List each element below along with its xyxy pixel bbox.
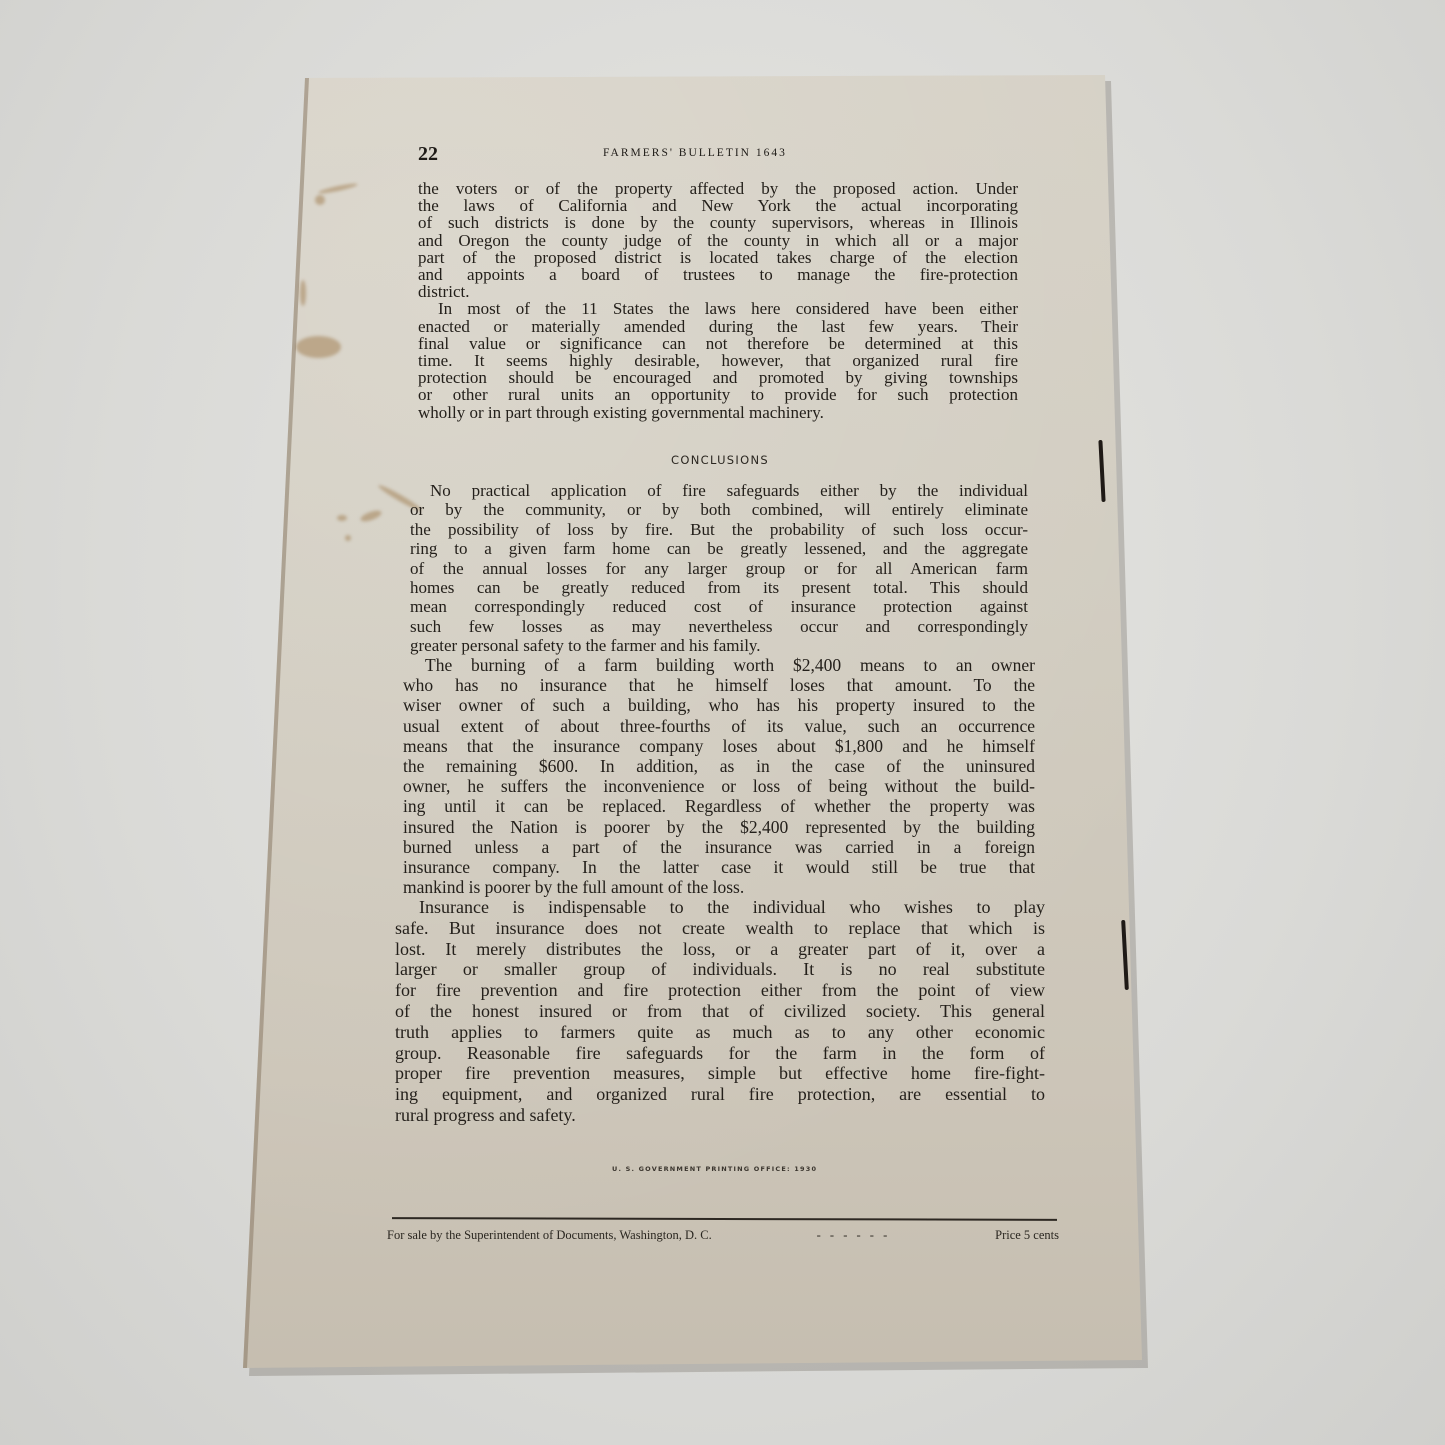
section-heading-conclusions: CONCLUSIONS	[640, 453, 800, 467]
conclusions-paragraph-3: Insurance is indispensable to the indivi…	[395, 897, 1045, 1126]
paragraph: In most of the 11 States the laws here c…	[418, 300, 1018, 420]
text-line: means that the insurance company loses a…	[403, 736, 1035, 756]
text-line: of the annual losses for any larger grou…	[410, 559, 1028, 578]
text-line: or other rural units an opportunity to p…	[418, 386, 1018, 403]
text-line: ring to a given farm home can be greatly…	[410, 539, 1028, 558]
text-line: owner, he suffers the inconvenience or l…	[403, 776, 1035, 796]
text-line: the remaining $600. In addition, as in t…	[403, 756, 1035, 776]
text-line: protection should be encouraged and prom…	[418, 369, 1018, 386]
text-line: mean correspondingly reduced cost of ins…	[410, 597, 1028, 616]
text-line: safe. But insurance does not create weal…	[395, 918, 1045, 939]
leader-dots: - - - - - -	[712, 1228, 995, 1243]
text-line: for fire prevention and fire protection …	[395, 980, 1045, 1001]
text-line: the voters or of the property affected b…	[418, 180, 1018, 197]
paragraph: The burning of a farm building worth $2,…	[403, 655, 1035, 897]
text-line: mankind is poorer by the full amount of …	[403, 877, 1035, 897]
text-line: such few losses as may nevertheless occu…	[410, 617, 1028, 636]
text-line: or by the community, or by both combined…	[410, 500, 1028, 519]
conclusions-paragraph-2: The burning of a farm building worth $2,…	[403, 655, 1035, 897]
text-line: homes can be greatly reduced from its pr…	[410, 578, 1028, 597]
text-line: wiser owner of such a building, who has …	[403, 695, 1035, 715]
text-line: Insurance is indispensable to the indivi…	[395, 897, 1045, 918]
text-line: who has no insurance that he himself los…	[403, 675, 1035, 695]
text-line: ing equipment, and organized rural fire …	[395, 1084, 1045, 1105]
text-line: wholly or in part through existing gover…	[418, 404, 1018, 421]
text-line: time. It seems highly desirable, however…	[418, 352, 1018, 369]
page-number: 22	[418, 143, 438, 166]
text-line: The burning of a farm building worth $2,…	[403, 655, 1035, 675]
text-line: In most of the 11 States the laws here c…	[418, 300, 1018, 317]
text-line: proper fire prevention measures, simple …	[395, 1063, 1045, 1084]
text-line: and appoints a board of trustees to mana…	[418, 266, 1018, 283]
paragraph: No practical application of fire safegua…	[410, 481, 1028, 656]
text-line: district.	[418, 283, 1018, 300]
text-line: group. Reasonable fire safeguards for th…	[395, 1043, 1045, 1064]
conclusions-paragraph-1: No practical application of fire safegua…	[410, 481, 1028, 656]
page-content: 22 FARMERS' BULLETIN 1643 the voters or …	[0, 0, 1445, 1445]
text-line: No practical application of fire safegua…	[410, 481, 1028, 500]
paragraph: Insurance is indispensable to the indivi…	[395, 897, 1045, 1126]
text-line: final value or significance can not ther…	[418, 335, 1018, 352]
text-line: insurance company. In the latter case it…	[403, 857, 1035, 877]
intro-section: the voters or of the property affected b…	[418, 180, 1018, 421]
footer-rule	[392, 1217, 1057, 1221]
running-head: FARMERS' BULLETIN 1643	[603, 147, 787, 159]
text-line: and Oregon the county judge of the count…	[418, 232, 1018, 249]
printer-imprint: U. S. GOVERNMENT PRINTING OFFICE: 1930	[612, 1165, 817, 1173]
text-line: of such districts is done by the county …	[418, 214, 1018, 231]
text-line: usual extent of about three-fourths of i…	[403, 716, 1035, 736]
text-line: larger or smaller group of individuals. …	[395, 959, 1045, 980]
text-line: rural progress and safety.	[395, 1105, 1045, 1126]
text-line: part of the proposed district is located…	[418, 249, 1018, 266]
text-line: the laws of California and New York the …	[418, 197, 1018, 214]
sale-notice: For sale by the Superintendent of Docume…	[387, 1228, 1059, 1243]
text-line: greater personal safety to the farmer an…	[410, 636, 1028, 655]
text-line: burned unless a part of the insurance wa…	[403, 837, 1035, 857]
text-line: ing until it can be replaced. Regardless…	[403, 796, 1035, 816]
text-line: lost. It merely distributes the loss, or…	[395, 939, 1045, 960]
paragraph: the voters or of the property affected b…	[418, 180, 1018, 300]
text-line: enacted or materially amended during the…	[418, 318, 1018, 335]
text-line: the possibility of loss by fire. But the…	[410, 520, 1028, 539]
text-line: insured the Nation is poorer by the $2,4…	[403, 817, 1035, 837]
sale-text: For sale by the Superintendent of Docume…	[387, 1228, 712, 1243]
price-text: Price 5 cents	[995, 1228, 1059, 1243]
page-header: 22 FARMERS' BULLETIN 1643	[418, 143, 1028, 167]
text-line: of the honest insured or from that of ci…	[395, 1001, 1045, 1022]
text-line: truth applies to farmers quite as much a…	[395, 1022, 1045, 1043]
